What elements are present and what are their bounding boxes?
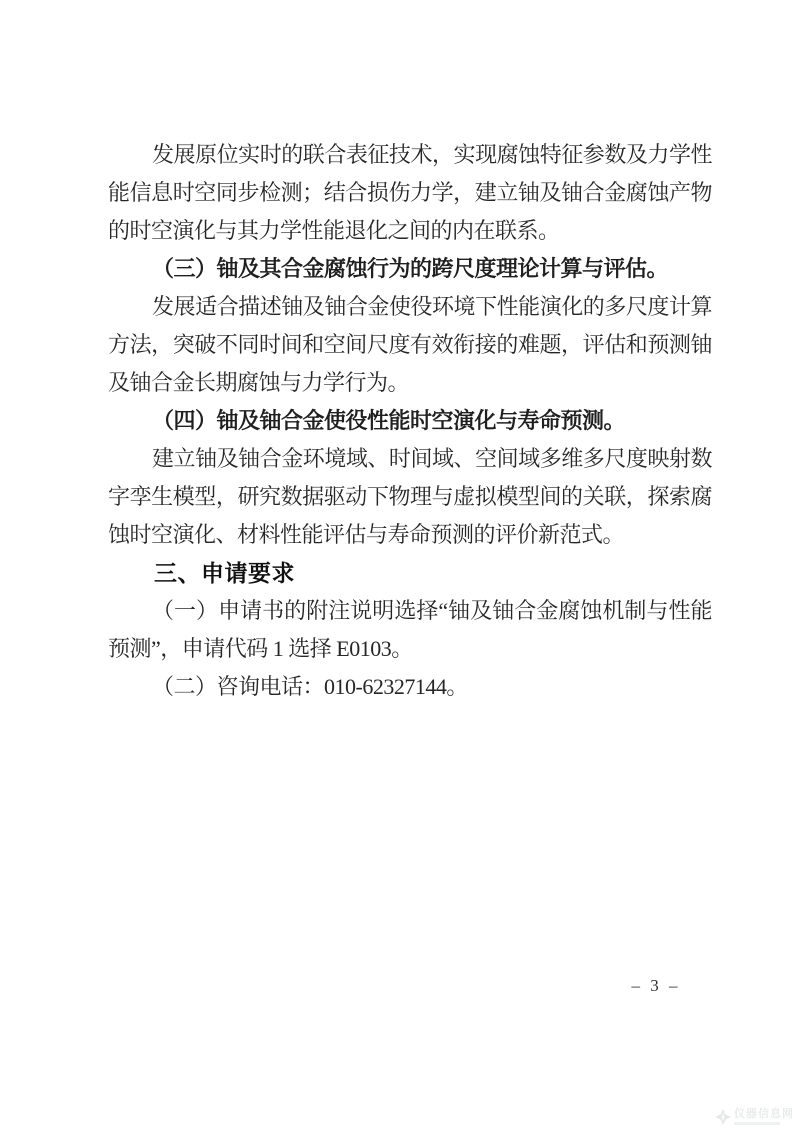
document-page: 发展原位实时的联合表征技术，实现腐蚀特征参数及力学性能信息时空同步检测；结合损伤… [0, 0, 800, 1131]
watermark-text: 仪器信息网 [734, 1109, 794, 1120]
section-heading-application-requirements: 三、申请要求 [108, 554, 712, 592]
page-number: – 3 – [610, 976, 702, 996]
paragraph-contact-phone: （二）咨询电话：010-62327144。 [108, 668, 712, 706]
document-text-block: 发展原位实时的联合表征技术，实现腐蚀特征参数及力学性能信息时空同步检测；结合损伤… [108, 136, 712, 706]
watermark-subbar [734, 1122, 780, 1125]
section-heading-three: （三）铀及其合金腐蚀行为的跨尺度理论计算与评估。 [108, 250, 712, 288]
paragraph-multiscale-computation: 发展适合描述铀及铀合金使役环境下性能演化的多尺度计算方法，突破不同时间和空间尺度… [108, 288, 712, 402]
watermark-logo-icon [715, 1109, 731, 1125]
paragraph-application-code: （一）申请书的附注说明选择“铀及铀合金腐蚀机制与性能预测”，申请代码 1 选择 … [108, 592, 712, 668]
section-heading-four: （四）铀及铀合金使役性能时空演化与寿命预测。 [108, 402, 712, 440]
paragraph-digital-twin: 建立铀及铀合金环境域、时间域、空间域多维多尺度映射数字孪生模型，研究数据驱动下物… [108, 440, 712, 554]
paragraph-characterization-tech: 发展原位实时的联合表征技术，实现腐蚀特征参数及力学性能信息时空同步检测；结合损伤… [108, 136, 712, 250]
watermark: 仪器信息网 [715, 1109, 794, 1125]
